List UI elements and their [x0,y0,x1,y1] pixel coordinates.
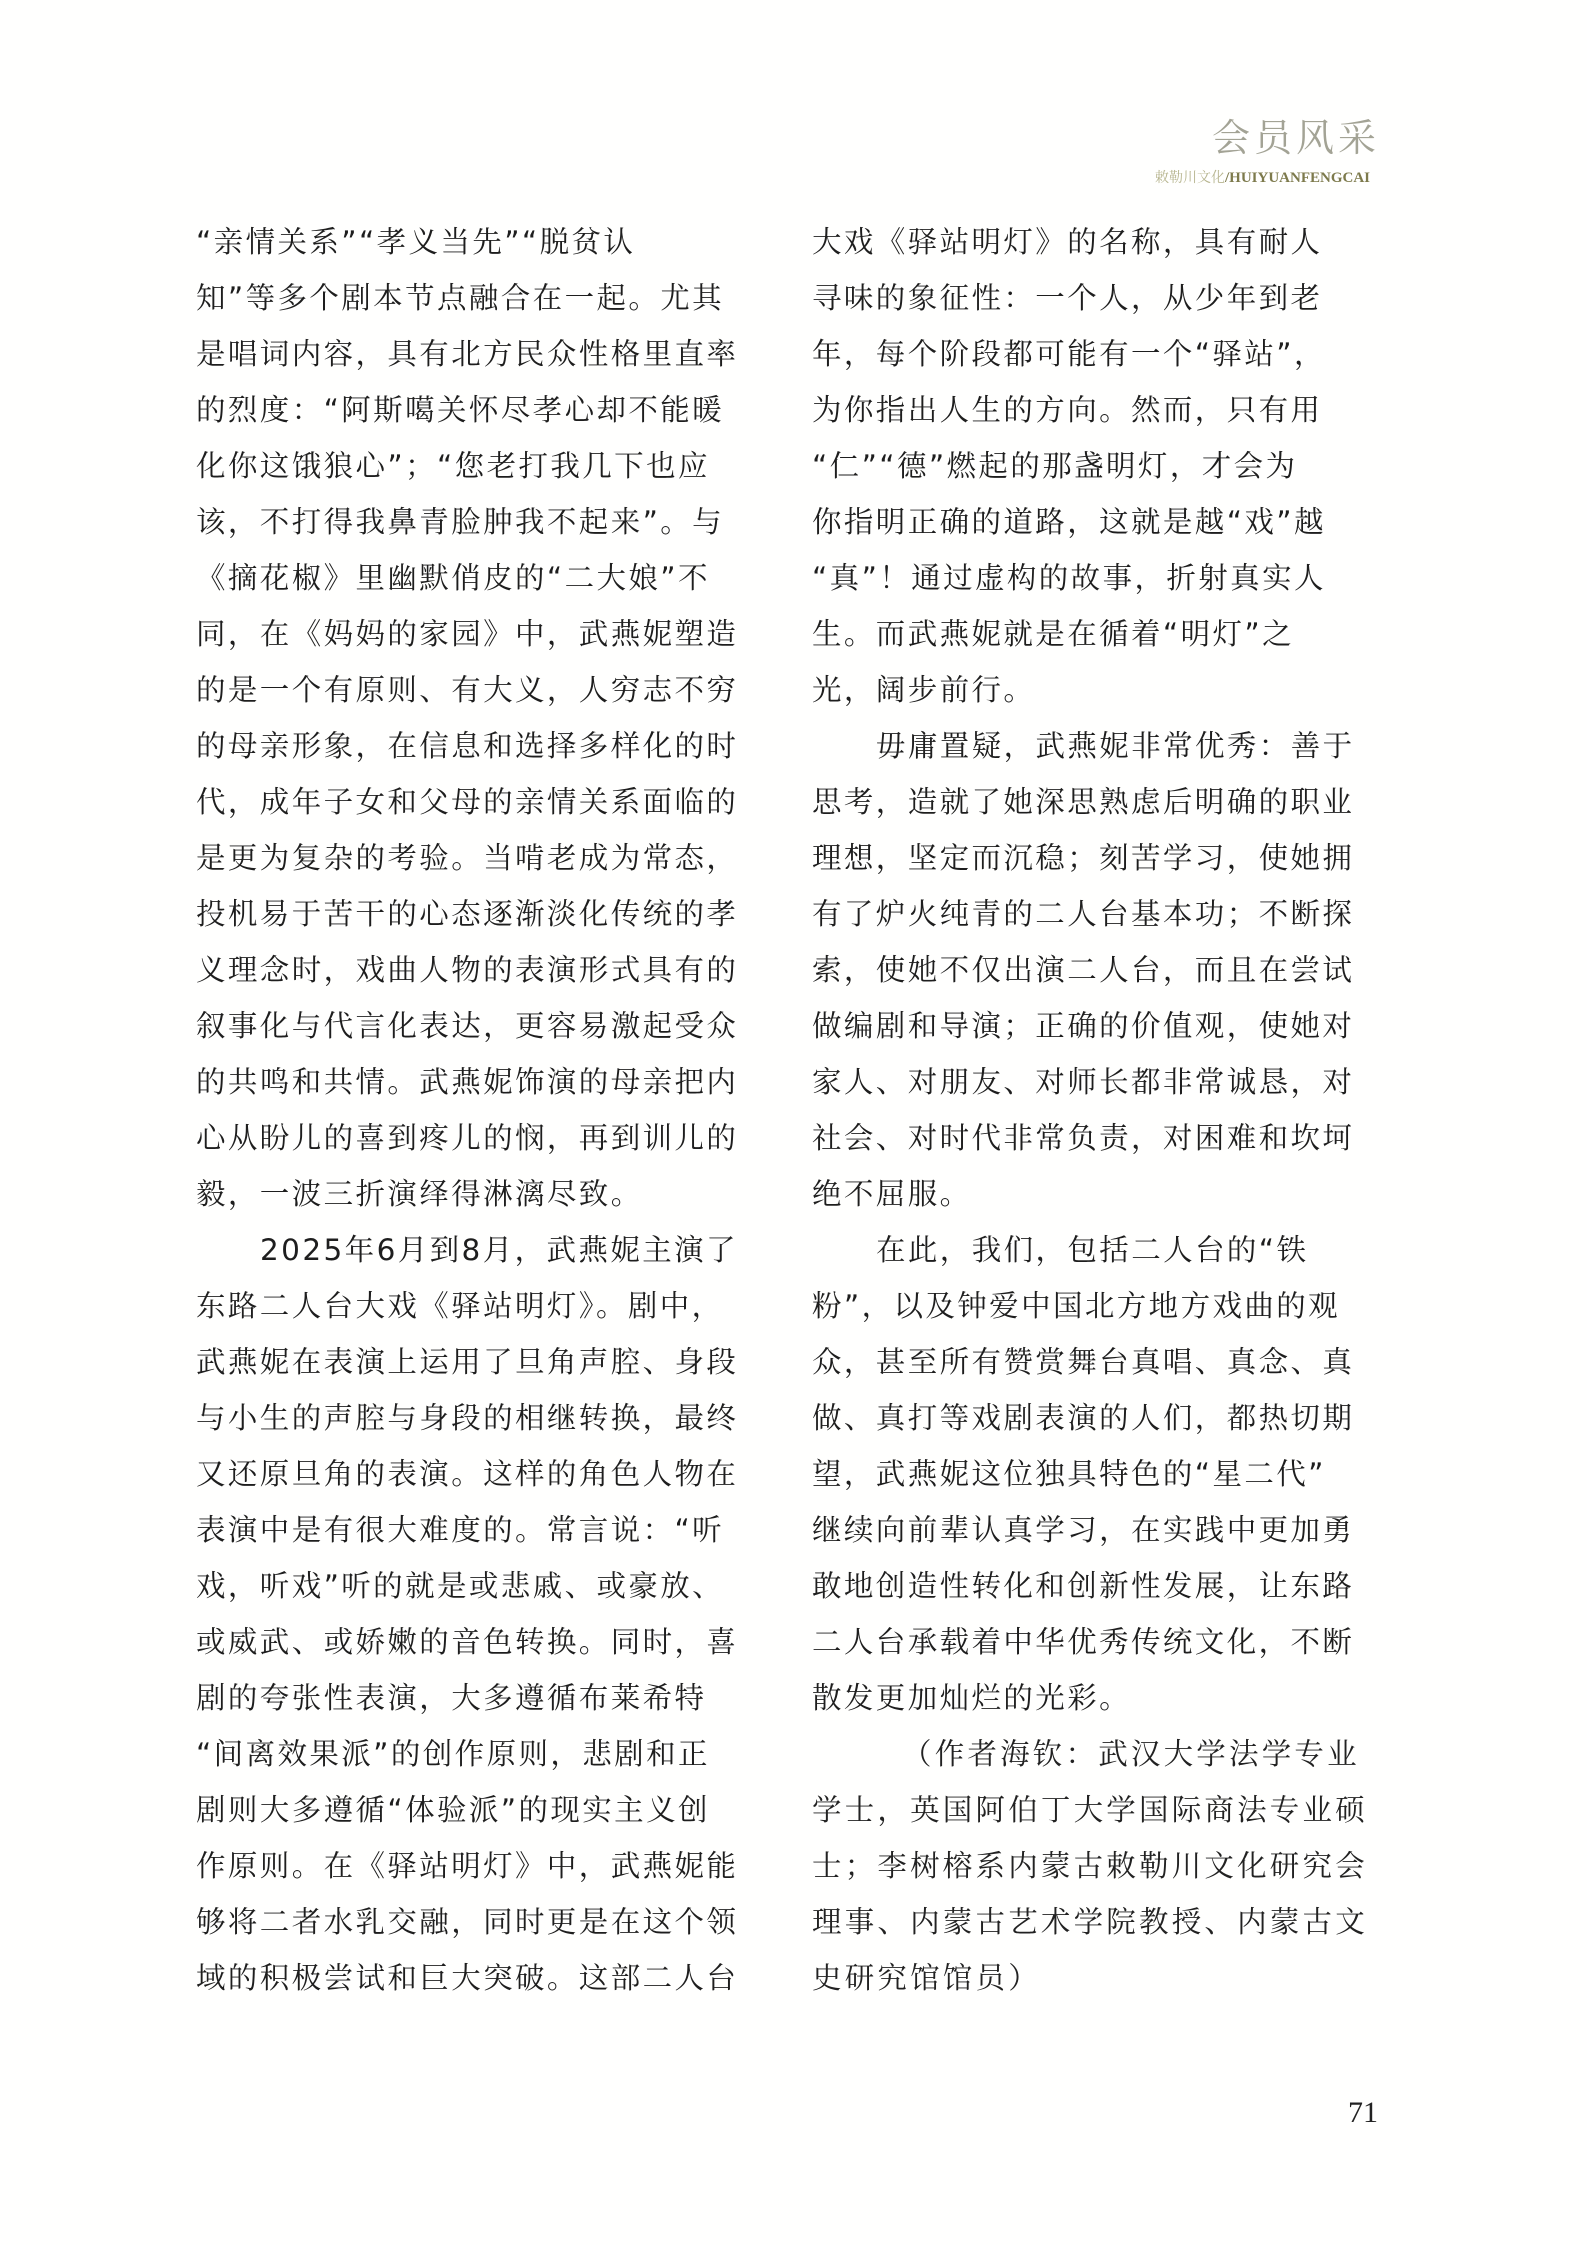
text-line: 或威武、或娇嫩的音色转换。同时，喜 [196,1620,776,1676]
text-line: 代，成年子女和父母的亲情关系面临的 [196,780,776,836]
text-line: 《摘花椒》里幽默俏皮的“二大娘”不 [196,556,776,612]
text-line: 又还原旦角的表演。这样的角色人物在 [196,1452,776,1508]
text-line: 你指明正确的道路，这就是越“戏”越 [812,500,1392,556]
text-line: 年，每个阶段都可能有一个“驿站”， [812,332,1392,388]
text-line: 粉”，以及钟爱中国北方地方戏曲的观 [812,1284,1392,1340]
text-line: 散发更加灿烂的光彩。 [812,1676,1392,1732]
text-line: 为你指出人生的方向。然而，只有用 [812,388,1392,444]
text-line: 有了炉火纯青的二人台基本功；不断探 [812,892,1392,948]
text-line: 戏，听戏”听的就是或悲戚、或豪放、 [196,1564,776,1620]
text-line: “真”！通过虚构的故事，折射真实人 [812,556,1392,612]
right-column: 大戏《驿站明灯》的名称，具有耐人 寻味的象征性：一个人，从少年到老 年，每个阶段… [812,220,1392,2012]
paragraph-start-line: 在此，我们，包括二人台的“铁 [812,1228,1392,1284]
text-line: 知”等多个剧本节点融合在一起。尤其 [196,276,776,332]
author-note-line: 学士，英国阿伯丁大学国际商法专业硕 [812,1788,1392,1844]
text-line: 化你这饿狼心”；“您老打我几下也应 [196,444,776,500]
text-line: 思考，造就了她深思熟虑后明确的职业 [812,780,1392,836]
text-line: 光，阔步前行。 [812,668,1392,724]
text-line: 心从盼儿的喜到疼儿的悯，再到训儿的 [196,1116,776,1172]
text-line: 作原则。在《驿站明灯》中，武燕妮能 [196,1844,776,1900]
text-line: 够将二者水乳交融，同时更是在这个领 [196,1900,776,1956]
subtitle-cn: 敕勒川文化 [1155,171,1225,186]
text-line: 武燕妮在表演上运用了旦角声腔、身段 [196,1340,776,1396]
page-number: 71 [1348,2096,1378,2130]
text-line: 生。而武燕妮就是在循着“明灯”之 [812,612,1392,668]
text-line: 继续向前辈认真学习，在实践中更加勇 [812,1508,1392,1564]
text-line: 是更为复杂的考验。当啃老成为常态， [196,836,776,892]
text-line: 大戏《驿站明灯》的名称，具有耐人 [812,220,1392,276]
text-line: 索，使她不仅出演二人台，而且在尝试 [812,948,1392,1004]
section-subtitle: 敕勒川文化/HUIYUANFENGCAI [1080,168,1370,189]
left-column: “亲情关系”“孝义当先”“脱贫认 知”等多个剧本节点融合在一起。尤其 是唱词内容… [196,220,776,2012]
text-line: 的母亲形象，在信息和选择多样化的时 [196,724,776,780]
text-line: 该，不打得我鼻青脸肿我不起来”。与 [196,500,776,556]
author-note-line: （作者海钦：武汉大学法学专业 [812,1732,1392,1788]
text-line: 东路二人台大戏《驿站明灯》。剧中， [196,1284,776,1340]
text-line: 寻味的象征性：一个人，从少年到老 [812,276,1392,332]
text-line: 望，武燕妮这位独具特色的“星二代” [812,1452,1392,1508]
text-line: 做编剧和导演；正确的价值观，使她对 [812,1004,1392,1060]
text-line: 义理念时，戏曲人物的表演形式具有的 [196,948,776,1004]
text-line: 投机易于苦干的心态逐渐淡化传统的孝 [196,892,776,948]
text-line: 绝不屈服。 [812,1172,1392,1228]
paragraph-start-line: 2025年6月到8月，武燕妮主演了 [196,1228,776,1284]
text-line: 是唱词内容，具有北方民众性格里直率 [196,332,776,388]
author-note-line: 史研究馆馆员） [812,1956,1392,2012]
subtitle-en: /HUIYUANFENGCAI [1225,170,1370,186]
text-line: 叙事化与代言化表达，更容易激起受众 [196,1004,776,1060]
author-note-line: 理事、内蒙古艺术学院教授、内蒙古文 [812,1900,1392,1956]
text-line: 做、真打等戏剧表演的人们，都热切期 [812,1396,1392,1452]
text-line: 的是一个有原则、有大义，人穷志不穷 [196,668,776,724]
section-title: 会员风采 [1200,114,1380,162]
text-line: 表演中是有很大难度的。常言说：“听 [196,1508,776,1564]
text-line: 剧的夸张性表演，大多遵循布莱希特 [196,1676,776,1732]
text-line: 社会、对时代非常负责，对困难和坎坷 [812,1116,1392,1172]
magazine-page: 会员风采 敕勒川文化/HUIYUANFENGCAI “亲情关系”“孝义当先”“脱… [0,0,1587,2245]
text-line: “亲情关系”“孝义当先”“脱贫认 [196,220,776,276]
text-line: 剧则大多遵循“体验派”的现实主义创 [196,1788,776,1844]
text-line: 的共鸣和共情。武燕妮饰演的母亲把内 [196,1060,776,1116]
text-line: 的烈度：“阿斯噶关怀尽孝心却不能暖 [196,388,776,444]
text-line: 二人台承载着中华优秀传统文化，不断 [812,1620,1392,1676]
text-line: 与小生的声腔与身段的相继转换，最终 [196,1396,776,1452]
text-line: 家人、对朋友、对师长都非常诚恳，对 [812,1060,1392,1116]
text-line: 毅，一波三折演绎得淋漓尽致。 [196,1172,776,1228]
text-line: 敢地创造性转化和创新性发展，让东路 [812,1564,1392,1620]
text-line: 同，在《妈妈的家园》中，武燕妮塑造 [196,612,776,668]
text-line: “间离效果派”的创作原则，悲剧和正 [196,1732,776,1788]
text-line: 众，甚至所有赞赏舞台真唱、真念、真 [812,1340,1392,1396]
text-line: 域的积极尝试和巨大突破。这部二人台 [196,1956,776,2012]
paragraph-start-line: 毋庸置疑，武燕妮非常优秀：善于 [812,724,1392,780]
author-note-line: 士；李树榕系内蒙古敕勒川文化研究会 [812,1844,1392,1900]
text-line: “仁”“德”燃起的那盏明灯，才会为 [812,444,1392,500]
text-line: 理想，坚定而沉稳；刻苦学习，使她拥 [812,836,1392,892]
